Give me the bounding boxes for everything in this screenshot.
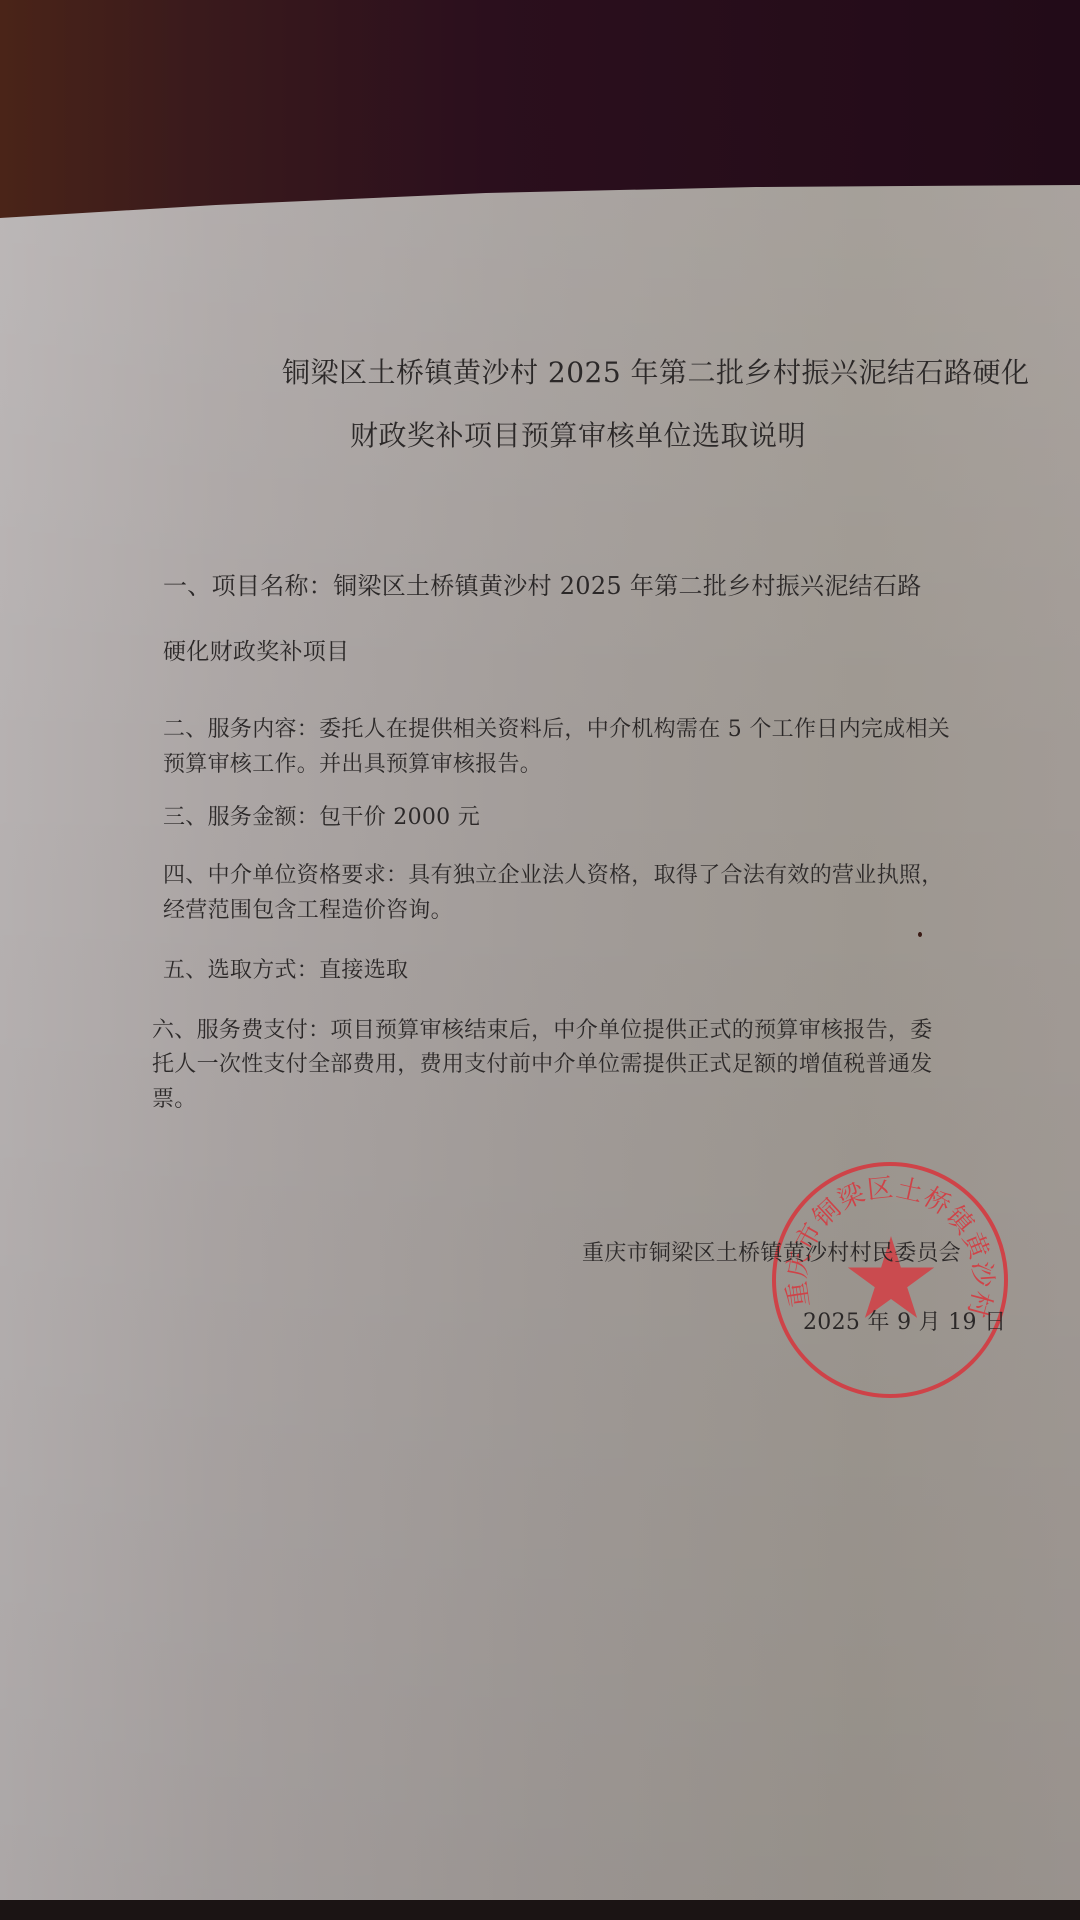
section-1-line-2: 硬化财政奖补项目: [163, 633, 349, 666]
section-6-line-3: 票。: [152, 1082, 197, 1113]
section-4-line-2: 经营范围包含工程造价咨询。: [163, 893, 453, 924]
official-seal-stamp: 重庆市铜梁区土桥镇黄沙村民委员会: [772, 1162, 1008, 1398]
document-title-line-2: 财政奖补项目预算审核单位选取说明: [350, 414, 806, 454]
section-1-line-1: 一、项目名称：铜梁区土桥镇黄沙村 2025 年第二批乡村振兴泥结石路: [163, 566, 922, 601]
section-2-line-1: 二、服务内容：委托人在提供相关资料后，中介机构需在 5 个工作日内完成相关: [163, 712, 950, 743]
bottom-edge-shadow: [0, 1900, 1080, 1920]
section-6-line-1: 六、服务费支付：项目预算审核结束后，中介单位提供正式的预算审核报告，委: [152, 1013, 933, 1044]
paper-sheet: [0, 0, 1080, 1920]
paper-speck: [918, 932, 922, 937]
section-5-line-1: 五、选取方式：直接选取: [163, 953, 408, 984]
section-2-line-2: 预算审核工作。并出具预算审核报告。: [163, 747, 542, 778]
signature-organization: 重庆市铜梁区土桥镇黄沙村村民委员会: [582, 1236, 961, 1267]
section-6-line-2: 托人一次性支付全部费用，费用支付前中介单位需提供正式足额的增值税普通发: [152, 1047, 933, 1078]
section-3-line-1: 三、服务金额：包干价 2000 元: [163, 800, 480, 831]
section-4-line-1: 四、中介单位资格要求：具有独立企业法人资格，取得了合法有效的营业执照，: [163, 858, 944, 889]
signature-date: 2025 年 9 月 19 日: [803, 1305, 1006, 1336]
document-title-line-1: 铜梁区土桥镇黄沙村 2025 年第二批乡村振兴泥结石路硬化: [282, 351, 1030, 391]
